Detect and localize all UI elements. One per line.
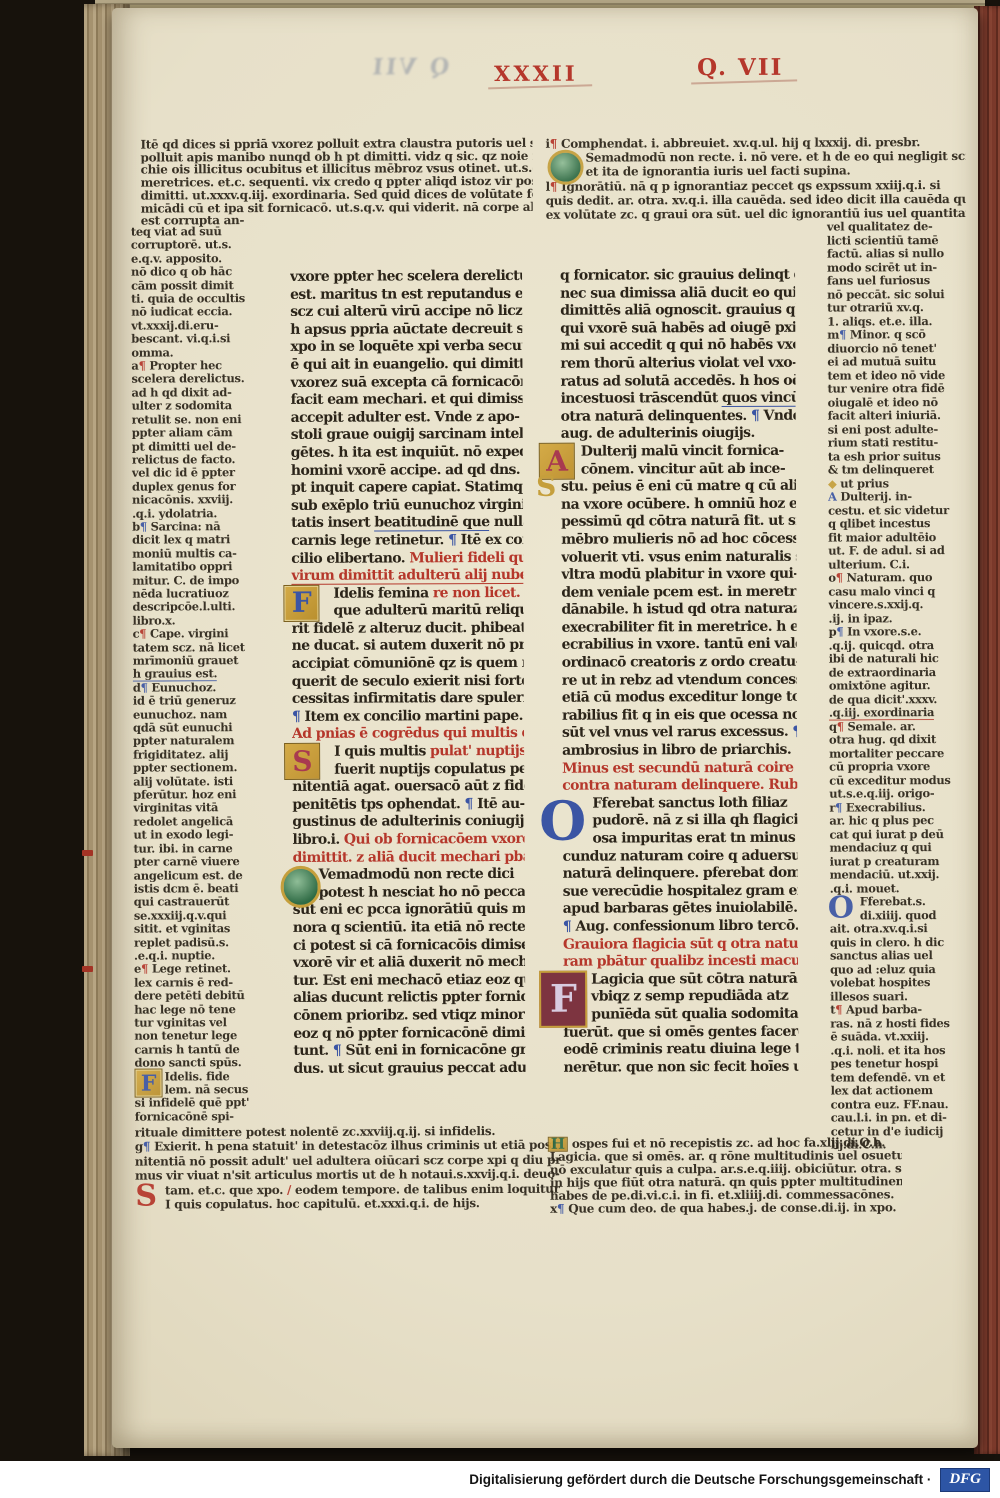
text-line: ne ducat. si autem duxerit nō prius — [292, 637, 524, 656]
text-line: ibi de naturali hic — [829, 652, 967, 666]
gloss-top-right: i¶ Comphendat. i. abbreuiet. xv.q.ul. hi… — [545, 135, 965, 222]
text-line: vbiqz z semp repudiāda atz — [563, 988, 798, 1007]
text-line: cessitas infirmitatis dare spulerit. — [292, 690, 524, 709]
text-line: stoli graue ouigij sarcinam intelli- — [291, 426, 523, 445]
text-line: tur vginitas vel — [134, 1016, 266, 1030]
text-line: cōnem prioribz. sed vtiqz minor q — [293, 1007, 525, 1026]
text-line: na vxore ocūbere. h omniū hoz est — [561, 495, 796, 514]
text-line: Grauiora flagicia sūt q otra natu- — [563, 935, 798, 954]
text-line: sitit. et vginitas — [134, 922, 266, 936]
text-line: cū propria vxore — [829, 760, 967, 774]
text-line: cestu. et sic videtur — [828, 503, 966, 517]
text-line: c¶ Cape. virgini — [133, 627, 265, 641]
text-line: tur. ibi. in carne — [133, 842, 265, 856]
illuminated-initial: F — [539, 971, 587, 1028]
text-line: ti. quia de occultis — [131, 292, 263, 306]
text-line: tem et ideo nō vide — [827, 368, 965, 382]
text-line: dānabile. h istud qd otra naturaz ē — [561, 601, 796, 620]
text-line: ar. hic q plus pec — [829, 814, 967, 828]
illuminated-initial: O — [538, 795, 586, 848]
text-line: dem veniale pcem est. in meretrice — [561, 583, 796, 602]
text-line: nec sua dimissa aliā ducit eo qui suā — [560, 284, 795, 303]
text-line: vxorē vir et aliā duxerit nō mecha- — [293, 954, 525, 973]
text-line: pt dimitti uel de- — [132, 440, 264, 454]
text-line: mēbro mulieris nō ad hoc cōcesso — [561, 531, 796, 550]
text-line: ē qui ait in euangelio. qui dimittit — [290, 356, 522, 375]
text-line: iurat p creaturam — [830, 854, 968, 868]
text-line: ta esh prior suitus — [828, 449, 966, 463]
main-column-left: FSvxore ppter hec scelera derelictusest.… — [290, 268, 526, 1078]
text-line: rem thorū alterius violat vel vxo- — [560, 355, 795, 374]
text-line: hac lege nō tene — [134, 1003, 266, 1017]
text-line: nora q scientiū. ita etiā nō recte di- — [293, 919, 525, 938]
text-line: o¶ Naturam. quo — [828, 571, 966, 585]
text-line: fornicacōnē spi- — [135, 1110, 267, 1124]
text-line: pessimū qd cōtra naturā fit. ut si vir — [561, 513, 796, 532]
text-line: d¶ Eunuchoz. — [133, 681, 265, 695]
text-line: se.xxxiij.q.v.qui — [134, 909, 266, 923]
illuminated-initial: S — [284, 743, 320, 780]
text-line: p¶ In vxore.s.e. — [829, 625, 967, 639]
text-line: de qua dicit'.xxxv. — [829, 692, 967, 706]
text-line: redolet angelicā — [133, 815, 265, 829]
text-line: aug. de adulterinis oiugijs. — [561, 425, 796, 444]
illuminated-initial: S — [535, 478, 557, 496]
text-line: contra euz. FF.nau. — [831, 1097, 969, 1111]
text-line: Minus est secundū naturā coire q — [562, 759, 797, 778]
text-line: corruptorē. ut.s. — [131, 238, 263, 252]
text-line: si infidelē quē ppt' — [135, 1096, 267, 1110]
dfg-logo: DFG — [940, 1468, 990, 1492]
text-line: retulit se. non eni — [132, 413, 264, 427]
text-line: potest h nesciat ho nō peccat. — [293, 884, 525, 903]
text-line: istis dcm ē. beati — [134, 882, 266, 896]
text-line: gustinus de adulterinis coniugijs — [292, 813, 524, 832]
text-line: virginitas vitā — [133, 801, 265, 815]
text-line: x¶ Que cum deo. de qua habes.j. de conse… — [550, 1201, 902, 1216]
text-line: sūt vel vnus vel rarus excessus. ¶ Itē — [562, 724, 797, 743]
text-line: angelicum est. de — [134, 869, 266, 883]
text-line: Vemadmodū non recte dici — [293, 866, 525, 885]
text-line: tur otrariū xv.q. — [827, 301, 965, 315]
text-line: ci potest si cā fornicacōis dimiserit — [293, 936, 525, 955]
text-line: I quis multis pulat' nuptijs. — [292, 743, 524, 762]
text-line: cunduz naturam coire q aduersus — [563, 847, 798, 866]
text-line: apud barbaras gētes inuiolabilē. — [563, 900, 798, 919]
text-line: sue verecūdie hospitalez gram enā — [563, 882, 798, 901]
text-line: licti scientiū tamē — [827, 233, 965, 247]
text-line: relictus de facto. — [132, 453, 264, 467]
text-line: vxore ppter hec scelera derelictus — [290, 268, 522, 287]
text-line: contra naturam delinquere. Rubrica. — [562, 777, 797, 796]
text-line: cau.l.i. in pn. et di- — [831, 1111, 969, 1125]
text-line: ulterium. C.i. — [828, 557, 966, 571]
gloss-margin-right: Ovel qualitatez de-licti scientiū tamēfa… — [827, 220, 969, 1152]
text-line: rabilius fit q in eis que ocessa non — [562, 707, 797, 726]
text-line: q fornicator. sic grauius delinqt q — [560, 267, 795, 286]
text-line: accepit adulter est. Vnde z apo- — [291, 409, 523, 428]
illuminated-initial: H — [548, 1137, 568, 1152]
text-line: b¶ Sarcina: nā — [132, 520, 264, 534]
text-line: illesos suari. — [830, 989, 968, 1003]
text-line: micādi cū et ipa sit fornicacō. ut.s.q.v… — [141, 200, 533, 214]
text-line: non tenetur lege — [134, 1029, 266, 1043]
text-line: vt.xxxij.di.eru- — [131, 319, 263, 333]
text-line: id ē triū generuz — [133, 694, 265, 708]
text-line: volebat hospites — [830, 976, 968, 990]
text-line: libro.i. Qui ob fornicacōem vxorez — [292, 831, 524, 850]
text-line: Semadmodū non recte. i. nō vere. et h de… — [545, 149, 965, 165]
text-line: duplex genus for — [132, 480, 264, 494]
text-line: & tm delinqueret — [828, 463, 966, 477]
gloss-bottom-left: Srituale dimittere potest nolentē zc.xxv… — [135, 1124, 560, 1212]
text-line: I quis copulatus. hoc capitulū. et.xxxi.… — [135, 1196, 560, 1212]
text-line: fuerit nuptijs copulatus pe- — [292, 761, 524, 780]
text-line: A Dulterij. in- — [828, 490, 966, 504]
text-line: t¶ Apud barba- — [830, 1003, 968, 1017]
text-line: qui vxorē suā habēs ad oiugē pxi- — [560, 319, 795, 338]
text-line: cōnem. vincitur aūt ab ince- — [561, 460, 796, 479]
text-line: lamitatibo oppri — [132, 560, 264, 574]
text-line: etiā cū modus exceditur longe tole — [562, 689, 797, 708]
text-line: accipiat cōmuniōnē qz is quem reli- — [292, 655, 524, 674]
gloss-bottom-right: Hospes fui et nō recepistis zc. ad hoc f… — [550, 1136, 902, 1216]
text-line: tatem scz. nā licet — [133, 641, 265, 655]
text-line: tunt. ¶ Sūt eni in fornicacōne gra — [293, 1042, 525, 1061]
text-line: rium stati restitu- — [828, 436, 966, 450]
text-line: q qlibet incestus — [828, 517, 966, 531]
text-line: qui castrauerūt — [134, 895, 266, 909]
text-line: nō iudicat eccia. — [131, 305, 263, 319]
text-line: omma. — [131, 346, 263, 360]
text-line: quo ad :eluz quia — [830, 962, 968, 976]
text-line: tatis insert beatitudinē que nulla — [291, 514, 523, 533]
text-line: cat qui iurat p deū — [829, 827, 967, 841]
text-line: incestuosi trāscendūt quos vincūt — [561, 390, 796, 409]
text-line: h apsus ppria aūctate decreuit sed — [290, 321, 522, 340]
quaestio-number: Q. VII — [697, 54, 783, 81]
text-line: alij volūtate. isti — [133, 775, 265, 789]
digitization-banner: Digitalisierung gefördert durch die Deut… — [0, 1461, 1000, 1498]
text-line: voluerit vti. vsus enim naturalis si — [561, 548, 796, 567]
text-line: dimittēs aliā ognoscit. grauius qh — [560, 302, 795, 321]
text-line: libro.x. — [132, 614, 264, 628]
text-line: bescant. vi.q.i.si — [131, 332, 263, 346]
text-line: si eni post adulte- — [828, 422, 966, 436]
text-line: mrīmoniū grauet — [133, 654, 265, 668]
illuminated-initial: S — [133, 1182, 159, 1211]
text-line: ut. F. de adul. si ad — [828, 544, 966, 558]
text-line: oiugalē et ideo nō — [828, 395, 966, 409]
text-line: .ij. in ipaz. — [828, 611, 966, 625]
text-line: eodē criminis reatu diuina lege te- — [563, 1041, 798, 1060]
text-line: teq viat ad suū — [131, 225, 263, 239]
text-line: eunuchoz. nam — [133, 708, 265, 722]
text-line: 1. aliqs. et.e. illa. — [827, 314, 965, 328]
text-line: .q.i. noli. et ita hos — [830, 1043, 968, 1057]
text-line: osa impuritas erat tn minus erat se- — [562, 830, 797, 849]
text-line: a¶ Propter hec — [131, 359, 263, 373]
text-line: Dulterij malū vincit fornica- — [561, 443, 796, 462]
text-line: dus. ut sicut grauius peccat adulter — [293, 1060, 525, 1079]
text-line: pter carnē viuere — [134, 855, 266, 869]
text-line: tur venire otra fidē — [827, 382, 965, 396]
text-line: rit fidelē z alteruz ducit. phibeatur — [292, 620, 524, 639]
text-line: nerētur. que non sic fecit hoīes ut se — [563, 1058, 798, 1077]
gloss-margin-left: Fteq viat ad suūcorruptorē. ut.s.e.q.v. … — [131, 225, 267, 1124]
text-line: qdā sūt eunuchi — [133, 721, 265, 735]
text-line: ulter z sodomita — [132, 399, 264, 413]
text-line: r¶ Execrabilius. — [829, 800, 967, 814]
text-line: m¶ Minor. q scō — [827, 328, 965, 342]
text-line: dimittit. z aliā ducit mechari pbat' — [293, 848, 525, 867]
text-line: .q.ij. quicqd. otra — [829, 638, 967, 652]
text-line: carnis h tantū de — [134, 1043, 266, 1057]
text-line: ppter sectionem. — [133, 761, 265, 775]
text-line: ppter aliam cām — [132, 426, 264, 440]
text-line: dicit lex q matri — [132, 533, 264, 547]
text-line: Ad pnias ē cogrēdus qui multis co — [292, 725, 524, 744]
text-line: cū exceditur modus — [829, 773, 967, 787]
text-line: mitur. C. de impo — [132, 574, 264, 588]
illuminated-initial: F — [134, 1069, 162, 1098]
text-line: nēda lucratiuoz — [132, 587, 264, 601]
text-line: est. maritus tn est reputandus eius — [290, 285, 522, 304]
text-line: tur. Est eni mechacō etiaz eoz qui — [293, 972, 525, 991]
text-line: Lagicia que sūt cōtra naturā — [563, 970, 798, 989]
text-line: scz cui alterū virū accipe nō licz. nō — [290, 303, 522, 322]
text-line: moniū multis ca- — [132, 547, 264, 561]
text-line: nicacōnis. xxviij. — [132, 493, 264, 507]
text-line: Fferebat sanctus loth filiaz — [562, 795, 797, 814]
text-line: pt inquit capere capiat. Statimqz — [291, 479, 523, 498]
text-line: naturā delinquere. pferebat domus — [563, 865, 798, 884]
text-line: ¶ Aug. confessionum libro tercō. — [563, 918, 798, 937]
text-line: descripcōe.l.ulti. — [132, 600, 264, 614]
text-line: ram pbātur qualibz incesti macula. — [563, 953, 798, 972]
text-line: mortaliter peccare — [829, 746, 967, 760]
text-line: tem defendē. vn et — [830, 1070, 968, 1084]
gloss-top-left: Itē qd dices si ppriā vxorez polluit ext… — [140, 137, 532, 228]
text-line: ei ad mutuā suitu — [827, 355, 965, 369]
text-line: mendaciuz q qui — [829, 841, 967, 855]
text-line: Idelis femina re non licet. — [291, 585, 523, 604]
text-line: gētes. h ita est inquiūt. nō expedit — [291, 444, 523, 463]
text-line: cām possit dimit — [131, 279, 263, 293]
text-line: .e.q.i. nuptie. — [134, 949, 266, 963]
text-line: dere petēti debitū — [134, 989, 266, 1003]
text-line: nō peccāt. sic solui — [827, 287, 965, 301]
text-line: ut.s.e.q.iij. origo- — [829, 787, 967, 801]
text-line: xpo in se loquēte xpi verba secutus — [290, 338, 522, 357]
text-line: e¶ Lege retinet. — [134, 962, 266, 976]
text-line: lex dat actionem — [831, 1084, 969, 1098]
text-line: nitentiā agat. ouersacō aūt z fides — [292, 778, 524, 797]
text-line: fans uel furiosus — [827, 274, 965, 288]
text-line: re ut in rebz ad vtendum concessis — [562, 671, 797, 690]
text-line: execrabiliter fit in meretrice. h ex- — [562, 619, 797, 638]
text-line: carnis lege retinetur. ¶ Itē ex con- — [291, 532, 523, 551]
text-line: fuerūt. que si omēs gentes facerēt — [563, 1023, 798, 1042]
text-line: querit de seculo exierit nisi forte ne — [292, 673, 524, 692]
text-line: ¶ Item ex concilio martini pape. — [292, 708, 524, 727]
main-column-right: ASOFq fornicator. sic grauius delinqt qn… — [560, 267, 799, 1077]
text-line: factū. alias si nullo — [827, 247, 965, 261]
illuminated-initial: F — [283, 585, 319, 622]
text-line: diuorcio nō tenet' — [827, 341, 965, 355]
text-line: fit maior adultēio — [828, 530, 966, 544]
text-line: ecrabilius in vxore. tantū eni valet — [562, 636, 797, 655]
text-line: pes tenetur hospi — [830, 1057, 968, 1071]
text-line: vltra modū plabitur in vxore qui- — [561, 566, 796, 585]
illuminated-initial — [281, 866, 321, 907]
text-line: quis in clero. h dic — [830, 935, 968, 949]
text-line: ◆ ut prius — [828, 476, 966, 490]
text-line: pudorē. nā z si illa qh flagici- — [562, 812, 797, 831]
text-line: sub exēplo triū eunuchoz virgini — [291, 497, 523, 516]
text-line: tam. et.c. que xpo. / eodem tempore. de … — [135, 1181, 560, 1197]
illuminated-initial: O — [828, 894, 854, 921]
text-line: pferūtur. hoz eni — [133, 788, 265, 802]
text-line: punīēda sūt qualia sodomitarum — [563, 1006, 798, 1025]
text-line: homini vxorē accipe. ad qd dns. q — [291, 461, 523, 480]
text-line: q¶ Semale. ar. — [829, 719, 967, 733]
text-line: cilio elibertano. Mulieri fideli que — [291, 549, 523, 568]
text-line: sanctus alias uel — [830, 949, 968, 963]
text-line: alias ducunt relictis ppter fornica- — [293, 989, 525, 1008]
text-line: que adulterū maritū relique — [291, 602, 523, 621]
text-line: casu malo vinci q — [828, 584, 966, 598]
illuminated-initial — [547, 150, 583, 185]
text-line: vxorez suā excepta cā fornicacōnis — [290, 373, 522, 392]
bleed-through-text: Q VII — [318, 54, 451, 81]
text-line: .q.iij. exordinaria — [829, 706, 967, 720]
folio-number-center: XXXII — [494, 61, 578, 86]
text-line: sūt eni ec pcca ignorātiū quis mi- — [293, 901, 525, 920]
text-line: nō dico q ob hāc — [131, 265, 263, 279]
text-line: otra hug. qd dixit — [829, 733, 967, 747]
text-line: ad h qd dixit ad- — [131, 386, 263, 400]
text-line: vel qualitatez de- — [827, 220, 965, 234]
text-line: penitētis tps ophendat. ¶ Itē au- — [292, 796, 524, 815]
page-content: Q VII XXXII Q. VII Itē qd dices si ppriā… — [0, 0, 1000, 1462]
text-line: otra naturā delinquentes. ¶ Vnde — [561, 407, 796, 426]
text-line: stu. peius ē eni cū matre q cū alie- — [561, 478, 796, 497]
text-line: ambrosius in libro de priarchis. — [562, 742, 797, 761]
text-line: ordinacō creatoris z ordo creatu- — [562, 654, 797, 673]
text-line: replet padisū.s. — [134, 936, 266, 950]
text-line: eoz q nō ppter fornicacōnē dimit- — [293, 1024, 525, 1043]
text-line: ratus ad solutā accedēs. h hos oēs — [560, 372, 795, 391]
text-line: de extraordinaria — [829, 665, 967, 679]
text-line: ut in exodo legi- — [133, 828, 265, 842]
text-line: vel dic id ē ppter — [132, 466, 264, 480]
text-line: e.q.v. apposito. — [131, 252, 263, 266]
text-line: modo scirēt ut in- — [827, 260, 965, 274]
text-line: mi sui accedit q qui nō habēs vxo- — [560, 337, 795, 356]
text-line: lex carnis ē red- — [134, 976, 266, 990]
text-line: ppter naturalem — [133, 734, 265, 748]
text-line: scelera derelictus. — [131, 372, 263, 386]
text-line: omixtōne agitur. — [829, 679, 967, 693]
text-line: frigiditatez. alij — [133, 748, 265, 762]
text-line: .q.i. ydolatria. — [132, 507, 264, 521]
text-line: h grauius est. — [133, 667, 265, 681]
text-line: ē suāda. vt.xxiij. — [830, 1030, 968, 1044]
text-line: virum dimittit adulterū alij nube- — [291, 567, 523, 586]
banner-text: Digitalisierung gefördert durch die Deut… — [469, 1472, 931, 1487]
text-line: facit alteri iniuriā. — [828, 409, 966, 423]
text-line: vincere.s.xxij.q. — [828, 598, 966, 612]
text-line: mendaciū. ut.xxij. — [830, 868, 968, 882]
text-line: ras. nā z hosti fides — [830, 1016, 968, 1030]
text-line: facit eam mechari. et qui dimissam — [291, 391, 523, 410]
